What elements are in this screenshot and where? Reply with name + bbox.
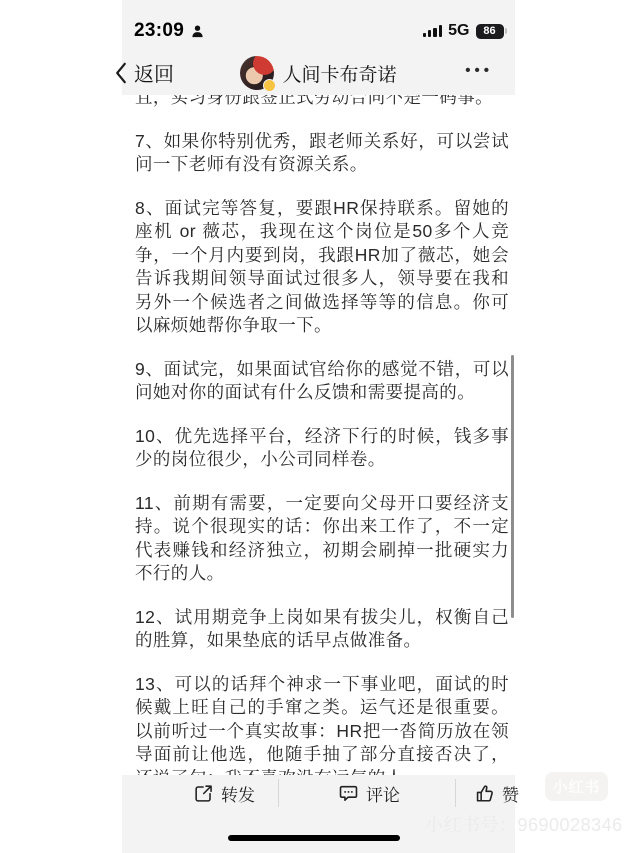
paragraph: 10、优先选择平台，经济下行的时候，钱多事少的岗位很少，小公司同样卷。 [135, 425, 509, 472]
paragraph: 13、可以的话拜个神求一下事业吧，面试的时候戴上旺自己的手窜之类。运气还是很重要… [135, 673, 509, 791]
avatar-badge-icon [263, 79, 276, 92]
share-icon [193, 783, 214, 804]
comment-button[interactable]: 评论 [338, 781, 400, 806]
divider [278, 779, 279, 807]
paragraph: 11、前期有需要，一定要向父母开口要经济支持。说个很现实的话：你出来工作了，不一… [135, 492, 509, 586]
battery-percent: 86 [476, 24, 504, 39]
like-label: 赞 [502, 781, 519, 806]
battery-icon: 86 [476, 24, 508, 39]
divider [455, 779, 456, 807]
xiaohongshu-logo-watermark: 小红书 [545, 772, 608, 801]
network-type-label: 5G [448, 22, 469, 40]
xiaohongshu-account-watermark: 小红书号：9690028346 [425, 811, 623, 837]
comment-icon [338, 783, 359, 804]
chat-title[interactable]: 人间卡布奇诺 [122, 56, 515, 90]
signal-strength-icon [423, 25, 443, 37]
scrollbar[interactable] [511, 355, 514, 618]
like-icon [474, 783, 495, 804]
like-button[interactable]: 赞 [474, 781, 519, 806]
comment-label: 评论 [366, 781, 400, 806]
top-band: 23:09 5G 86 [122, 0, 515, 95]
paragraph: 7、如果你特别优秀，跟老师关系好，可以尝试问一下老师有没有资源关系。 [135, 130, 509, 177]
post-body: 且，实习身份跟签正式劳动合同不是一码事。7、如果你特别优秀，跟老师关系好，可以尝… [135, 86, 509, 810]
nav-bar: 返回 人间卡布奇诺 ••• [122, 52, 515, 95]
avatar[interactable] [240, 56, 274, 90]
share-label: 转发 [221, 781, 255, 806]
paragraph: 12、试用期竞争上岗如果有拔尖儿，权衡自己的胜算，如果垫底的话早点做准备。 [135, 606, 509, 653]
person-icon [190, 24, 205, 39]
status-bar: 23:09 5G 86 [134, 18, 507, 44]
clock-time: 23:09 [134, 20, 184, 42]
share-button[interactable]: 转发 [193, 781, 255, 806]
paragraph: 8、面试完等答复，要跟HR保持联系。留她的座机 or 薇芯，我现在这个岗位是50… [135, 197, 509, 338]
more-options-button[interactable]: ••• [465, 62, 493, 79]
paragraph: 9、面试完，如果面试官给你的感觉不错，可以问她对你的面试有什么反馈和需要提高的。 [135, 358, 509, 405]
home-indicator[interactable] [228, 835, 400, 841]
screenshot-canvas: 23:09 5G 86 [0, 0, 639, 853]
username-label: 人间卡布奇诺 [282, 60, 396, 87]
